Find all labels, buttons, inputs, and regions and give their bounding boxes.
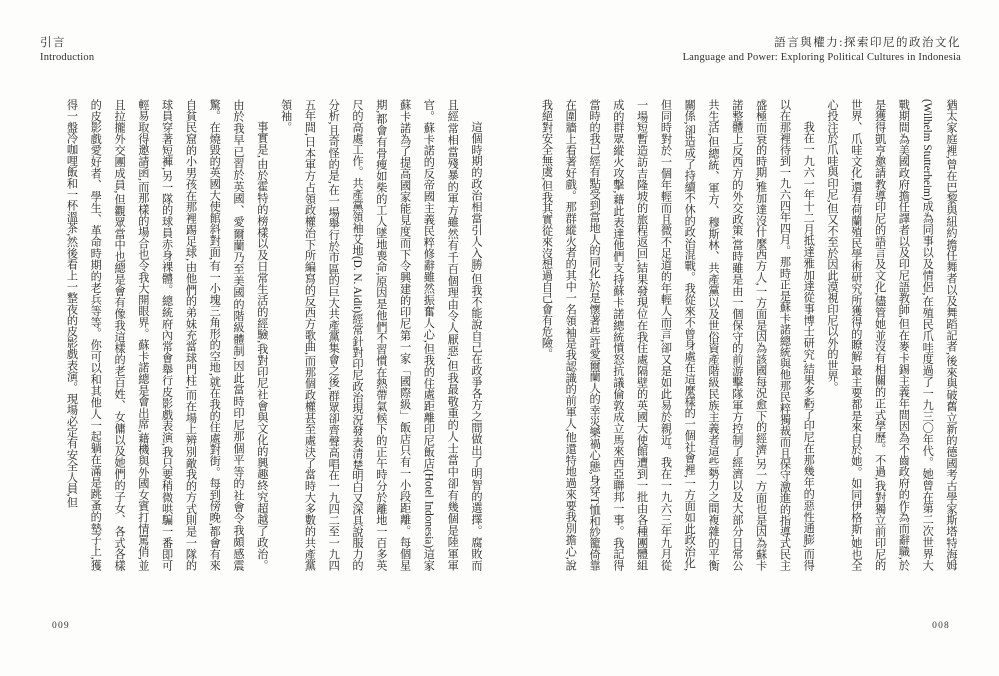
book-title-zh: 語言與權力:探索印尼的政治文化 <box>683 36 961 51</box>
page-right-text-block: 猶太家庭裡,曾在巴黎與紐約擔任舞者以及舞蹈記者,後來與破舊立新的德國考古學家斯塔… <box>534 99 962 571</box>
page-number-left: 009 <box>52 621 70 631</box>
page-left-text-block: 這個時期的政治相當引人入勝,但我不能說自己在政爭各方之間做出了明智的選擇。腐敗而… <box>59 99 487 571</box>
paragraph: 我在一九六一年十二月抵達雅加達從事博士研究,結果多虧了印尼在那幾年的惡性通膨,而… <box>534 99 820 571</box>
running-head-chapter: 引言 Introduction <box>40 36 94 65</box>
running-head-book-title: 語言與權力:探索印尼的政治文化 Language and Power: Expl… <box>683 36 961 65</box>
chapter-title-en: Introduction <box>40 51 94 65</box>
paragraph-continuation: 猶太家庭裡,曾在巴黎與紐約擔任舞者以及舞蹈記者,後來與破舊立新的德國考古學家斯塔… <box>819 99 962 571</box>
chapter-title-zh: 引言 <box>40 36 94 51</box>
paragraph: 事實是,由於霍特的榜樣以及日常生活的經驗,我對印尼社會與文化的興趣終究超越了政治… <box>59 99 273 571</box>
paragraph: 這個時期的政治相當引人入勝,但我不能說自己在政爭各方之間做出了明智的選擇。腐敗而… <box>273 99 487 571</box>
page-number-right: 008 <box>932 621 950 631</box>
book-spread: 引言 Introduction 語言與權力:探索印尼的政治文化 Language… <box>0 0 999 676</box>
book-title-en: Language and Power: Exploring Political … <box>683 51 961 65</box>
